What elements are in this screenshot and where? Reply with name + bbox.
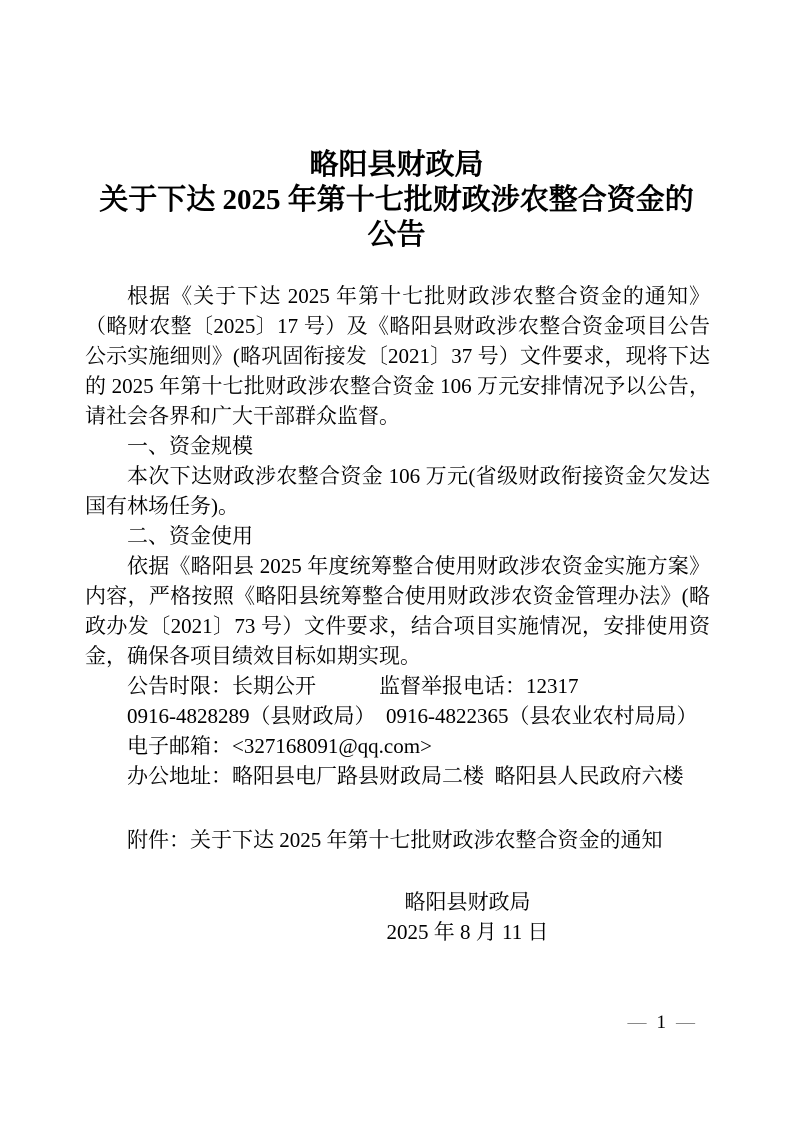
- title-line-subject: 关于下达 2025 年第十七批财政涉农整合资金的: [50, 183, 743, 218]
- document-title: 略阳县财政局 关于下达 2025 年第十七批财政涉农整合资金的 公告: [50, 148, 743, 253]
- page-number-value: 1: [657, 1012, 667, 1033]
- page-number-left-dash: —: [628, 1012, 647, 1033]
- page-number: —1—: [628, 1012, 696, 1034]
- title-line-type: 公告: [50, 218, 743, 253]
- phone-numbers-line: 0916-4828289（县财政局） 0916-4822365（县农业农村局局）: [85, 701, 710, 731]
- section-1-heading: 一、资金规模: [85, 431, 710, 461]
- page-number-right-dash: —: [676, 1012, 695, 1033]
- notice-period-line: 公告时限：长期公开 监督举报电话：12317: [85, 671, 710, 701]
- attachment-line: 附件：关于下达 2025 年第十七批财政涉农整合资金的通知: [85, 825, 710, 855]
- title-line-issuer: 略阳县财政局: [50, 148, 743, 183]
- signature-date: 2025 年 8 月 11 日: [225, 917, 710, 947]
- signature-organization: 略阳县财政局: [225, 887, 710, 917]
- office-address-line: 办公地址：略阳县电厂路县财政局二楼 略阳县人民政府六楼: [85, 761, 710, 791]
- section-1-body: 本次下达财政涉农整合资金 106 万元(省级财政衔接资金欠发达国有林场任务)。: [85, 461, 710, 521]
- signature-block: 略阳县财政局 2025 年 8 月 11 日: [85, 887, 710, 947]
- section-2-body: 依据《略阳县 2025 年度统筹整合使用财政涉农资金实施方案》内容，严格按照《略…: [85, 551, 710, 671]
- section-2-heading: 二、资金使用: [85, 521, 710, 551]
- email-line: 电子邮箱：<327168091@qq.com>: [85, 731, 710, 761]
- document-body: 根据《关于下达 2025 年第十七批财政涉农整合资金的通知》（略财农整〔2025…: [85, 281, 710, 947]
- document-page: 略阳县财政局 关于下达 2025 年第十七批财政涉农整合资金的 公告 根据《关于…: [0, 0, 793, 1122]
- intro-paragraph: 根据《关于下达 2025 年第十七批财政涉农整合资金的通知》（略财农整〔2025…: [85, 281, 710, 431]
